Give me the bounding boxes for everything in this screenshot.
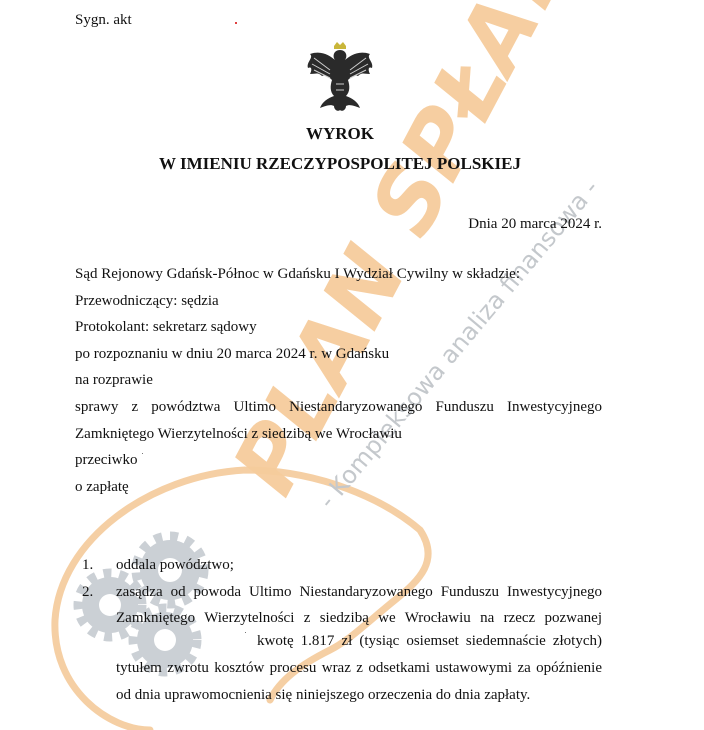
subject-line: o zapłatę <box>75 478 129 496</box>
hearing-line: po rozpoznaniu w dniu 20 marca 2024 r. w… <box>75 345 389 363</box>
session-line: na rozprawie <box>75 371 153 389</box>
ruling-2-number: 2. <box>82 583 93 601</box>
clerk-line: Protokolant: sekretarz sądowy <box>75 318 257 336</box>
ruling-1-number: 1. <box>82 556 93 574</box>
ruling-2-line-3: kwotę 1.817 zł (tysiąc osiemset siedemna… <box>257 632 602 650</box>
ruling-2-line-5: od dnia uprawomocnienia się niniejszego … <box>116 686 602 704</box>
ruling-2-line-4: tytułem zwrotu kosztów procesu wraz z od… <box>116 659 602 677</box>
against-line: przeciwko <box>75 451 137 469</box>
judgment-title: WYROK <box>0 124 680 144</box>
ruling-2-line-2: Zamkniętego Wierzytelności z siedzibą we… <box>116 609 602 627</box>
ruling-2-line-1: zasądza od powoda Ultimo Niestandaryzowa… <box>116 583 602 601</box>
polish-eagle-emblem-icon <box>300 40 380 115</box>
case-line-1: sprawy z powództwa Ultimo Niestandaryzow… <box>75 398 602 416</box>
case-line-2: Zamkniętego Wierzytelności z siedzibą we… <box>75 425 402 443</box>
case-signature-label: Sygn. akt <box>75 11 132 29</box>
judgment-subtitle: W IMIENIU RZECZYPOSPOLITEJ POLSKIEJ <box>0 154 680 174</box>
judgment-page: Sygn. akt WYROK W IMIENIU RZECZYPOSPOLIT… <box>0 0 704 730</box>
redaction-mark <box>142 453 143 454</box>
ruling-1-text: oddala powództwo; <box>116 556 602 574</box>
presiding-judge-line: Przewodniczący: sędzia <box>75 292 219 310</box>
redaction-mark <box>245 632 246 633</box>
court-line: Sąd Rejonowy Gdańsk-Północ w Gdańsku I W… <box>75 265 520 283</box>
judgment-date: Dnia 20 marca 2024 r. <box>468 215 602 233</box>
red-mark <box>235 22 237 24</box>
